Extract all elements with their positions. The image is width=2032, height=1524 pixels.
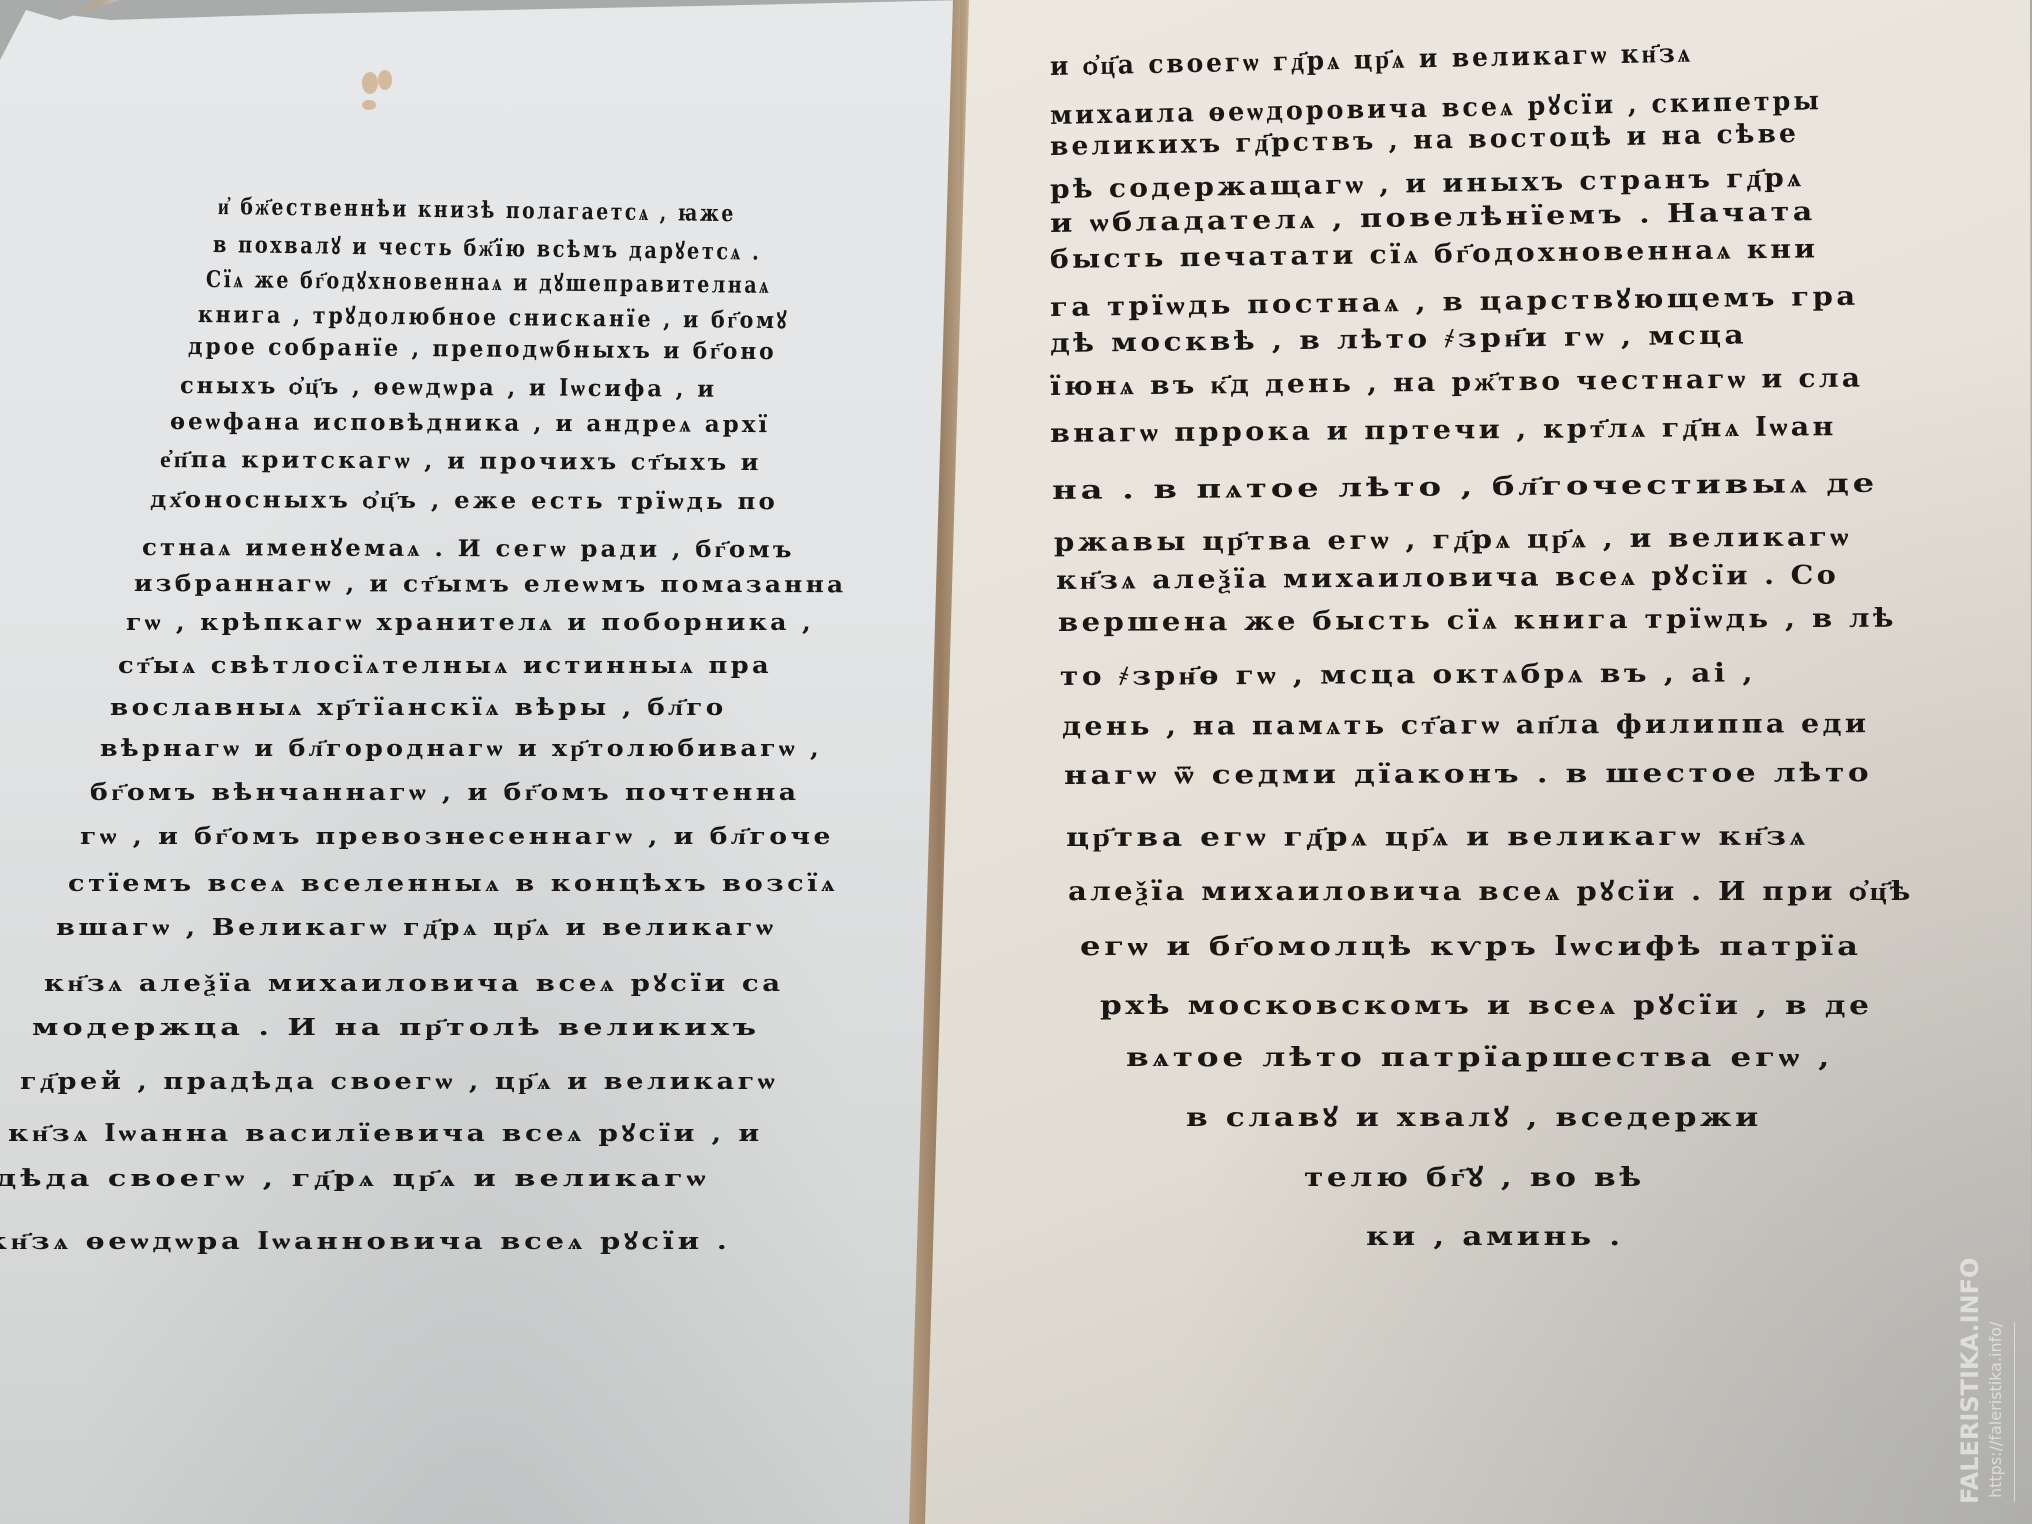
foxing-stain <box>378 70 392 90</box>
watermark-bracket-line <box>2014 1322 2015 1502</box>
text-line: стнаѧ именꙋемаѧ . И сегѡ ради , бг҃омъ <box>142 530 795 564</box>
text-line: избраннагѡ , и ст҃ымъ елеѡмъ помазанна <box>134 570 846 598</box>
text-line: Сїѧ же бг҃одꙋхновеннаѧ и дꙋшеправителнаѧ <box>206 262 772 300</box>
text-line: вершена же бысть сїѧ книга трїѡдь , в лѣ <box>1058 604 1897 638</box>
text-line: алеѯїа михаиловича всеѧ рꙋсїи . И при ѻ҆… <box>1068 872 1914 908</box>
text-line: нагѡ ѿ седми дїаконъ . в шестое лѣто <box>1064 758 1872 791</box>
text-line: кн҃зѧ алеѯїа михаиловича всеѧ рꙋсїи . Со <box>1056 556 1839 597</box>
text-line: вославныѧ хр҃тїанскїѧ вѣры , бл҃го <box>110 694 727 721</box>
text-line: сныхъ ѻ҆ц҃ъ , ѳеѡдѡра , и ӏѡсифа , и <box>180 372 717 403</box>
text-line: гд҃рей , прадѣда своегѡ , цр҃ѧ и великаг… <box>20 1068 778 1095</box>
text-line: кн҃зѧ алеѯїа михаиловича всеѧ рꙋсїи са <box>44 966 784 998</box>
text-line: дх҃оносныхъ ѻ҆ц҃ъ , еже есть трїѡдь по <box>150 486 778 515</box>
text-line: вѧтое лѣто патрїаршества егѡ , <box>1126 1043 1833 1073</box>
watermark: FALERISTIKA.INFO https://faleristika.inf… <box>1950 1318 2020 1508</box>
watermark-brand: FALERISTIKA.INFO <box>1956 1258 1984 1504</box>
text-line: бг҃омъ вѣнчаннагѡ , и бг҃омъ почтенна <box>90 779 800 806</box>
text-line: е҆п҃па критскагѡ , и прочихъ ст҃ыхъ и <box>160 446 762 476</box>
text-line: гѡ , и бг҃омъ превознесеннагѡ , и бл҃гоч… <box>80 823 834 850</box>
text-line: стїемъ всеѧ вселенныѧ в концѣхъ возсїѧ <box>68 870 838 897</box>
text-line: ѳеѡфана исповѣдника , и андреѧ архї <box>170 408 770 438</box>
text-line: цр҃тва егѡ гд҃рѧ цр҃ѧ и великагѡ кн҃зѧ <box>1066 822 1809 853</box>
watermark-url: https://faleristika.info/ <box>1986 1322 2005 1498</box>
text-line: ржавы цр҃тва егѡ , гд҃рѧ цр҃ѧ , и велика… <box>1054 522 1852 558</box>
text-line: телю бг҃ꙋ , во вѣ <box>1304 1158 1645 1194</box>
text-line: рхѣ московскомъ и всеѧ рꙋсїи , в де <box>1100 986 1873 1022</box>
text-line: кн҃зѧ ѳеѡдѡра ӏѡанновича всеѧ рꙋсїи . <box>0 1224 731 1256</box>
text-line: книга , трꙋдолюбное снисканїе , и бг҃омꙋ <box>198 297 789 335</box>
text-line: гѡ , крѣпкагѡ хранителѧ и поборника , <box>126 609 814 636</box>
text-line: ст҃ыѧ свѣтлосїѧтелныѧ истинныѧ пра <box>118 652 772 679</box>
text-line: день , на памѧть ст҃агѡ ап҃ла филиппа ед… <box>1062 709 1869 742</box>
text-line: ки , аминь . <box>1366 1222 1624 1252</box>
text-line: дѣда своегѡ , гд҃рѧ цр҃ѧ и великагѡ <box>0 1165 709 1192</box>
book-photo: и҆ бж҃ественнѣи книзѣ полагаетсѧ , ꙗже в… <box>0 0 2032 1524</box>
text-line: дрое собранїе , преподѡбныхъ и бг҃оно <box>188 333 777 365</box>
text-line: вѣрнагѡ и бл҃городнагѡ и хр҃толюбивагѡ , <box>100 735 822 762</box>
text-line: кн҃зѧ ӏѡанна василїевича всеѧ рꙋсїи , и <box>8 1116 763 1148</box>
text-line: егѡ и бг҃омолцѣ кѵръ ӏѡсифѣ патрїа <box>1080 932 1862 962</box>
text-line: то ҂зрн҃ѳ гѡ , мсца октѧбрѧ въ , аі , <box>1060 658 1756 692</box>
text-line: модержца . И на пр҃толѣ великихъ <box>32 1014 760 1041</box>
left-page <box>0 0 960 1524</box>
foxing-stain <box>362 100 376 110</box>
text-line: вшагѡ , Великагѡ гд҃рѧ цр҃ѧ и великагѡ <box>56 914 776 941</box>
text-line: в славꙋ и хвалꙋ , вседержи <box>1186 1098 1762 1134</box>
foxing-stain <box>362 72 378 94</box>
